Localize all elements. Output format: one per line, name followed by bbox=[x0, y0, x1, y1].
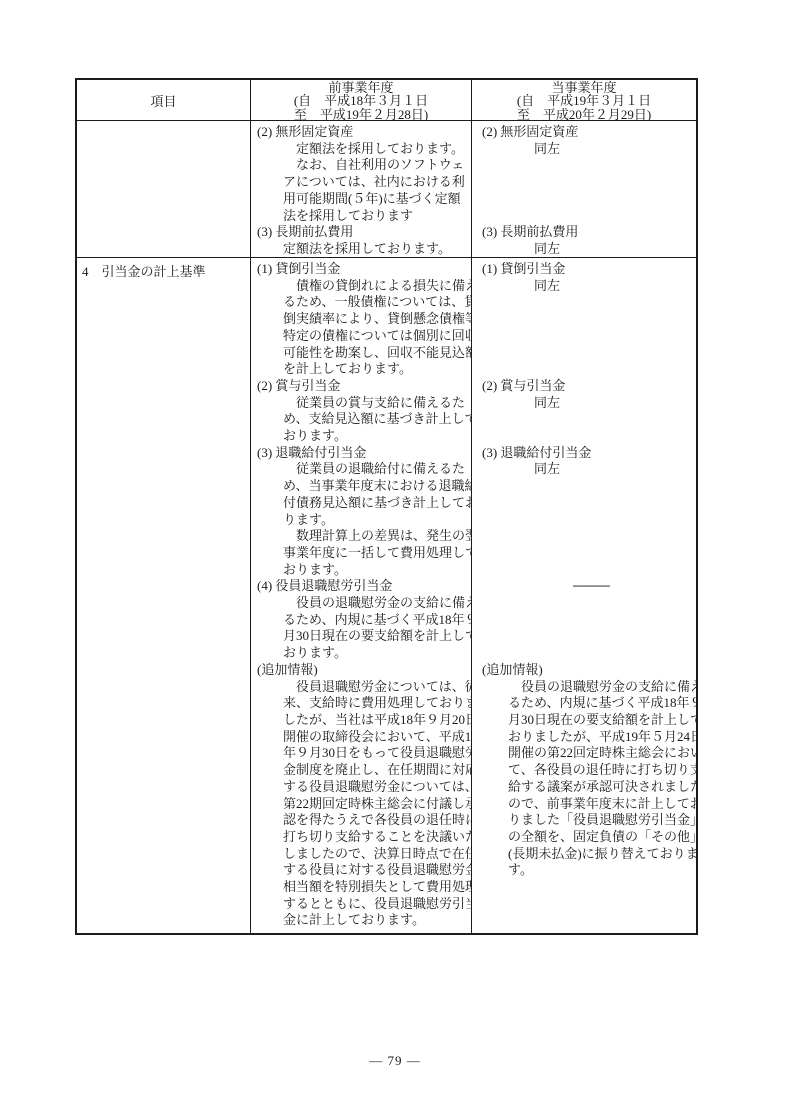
text-line: 従業員の賞与支給に備えるた bbox=[257, 395, 466, 412]
text-line: 月30日現在の要支給額を計上して bbox=[482, 712, 691, 729]
text-line: (2) 無形固定資産 bbox=[257, 124, 466, 141]
page-number: ― 79 ― bbox=[0, 1053, 790, 1069]
row2-item-label: 4 引当金の計上基準 bbox=[77, 261, 250, 281]
text-line: め、当事業年度末における退職給 bbox=[257, 478, 466, 495]
text-line: ります。 bbox=[257, 512, 466, 529]
row1-item-cell bbox=[77, 121, 251, 258]
text-line: 当事業年度 bbox=[472, 81, 696, 94]
text-line: 数理計算上の差異は、発生の翌 bbox=[257, 528, 466, 545]
text-line: 来、支給時に費用処理しておりま bbox=[257, 695, 466, 712]
text-line bbox=[482, 595, 691, 612]
text-line: (3) 長期前払費用 bbox=[257, 224, 466, 241]
text-line bbox=[482, 311, 691, 328]
text-line: ので、前事業年度末に計上してお bbox=[482, 796, 691, 813]
header-cell-current-fiscal-year: 当事業年度(自 平成19年３月１日至 平成20年２月29日) bbox=[472, 80, 696, 121]
text-line: する役員に対する役員退職慰労金 bbox=[257, 862, 466, 879]
text-line: (2) 賞与引当金 bbox=[257, 378, 466, 395]
text-line: 同左 bbox=[482, 395, 691, 412]
text-line: したが、当社は平成18年９月20日 bbox=[257, 712, 466, 729]
text-line: (3) 退職給付引当金 bbox=[257, 445, 466, 462]
text-line: め、支給見込額に基づき計上して bbox=[257, 411, 466, 428]
header-cell-item: 項目 bbox=[77, 80, 251, 121]
text-line: 前事業年度 bbox=[251, 81, 471, 94]
text-line: おります。 bbox=[257, 428, 466, 445]
text-line: 可能性を勘案し、回収不能見込額 bbox=[257, 345, 466, 362]
text-line: (2) 賞与引当金 bbox=[482, 378, 691, 395]
text-line: 同左 bbox=[482, 461, 691, 478]
text-line: るため、一般債権については、貸 bbox=[257, 294, 466, 311]
text-line: (自 平成19年３月１日 bbox=[472, 94, 696, 107]
text-line: アについては、社内における利 bbox=[257, 174, 466, 191]
text-line bbox=[482, 328, 691, 345]
text-line: おりましたが、平成19年５月24日 bbox=[482, 729, 691, 746]
text-line: るため、内規に基づく平成18年９ bbox=[482, 695, 691, 712]
text-line: (追加情報) bbox=[482, 662, 691, 679]
text-line bbox=[482, 628, 691, 645]
text-line bbox=[482, 208, 691, 225]
text-line: 役員の退職慰労金の支給に備え bbox=[257, 595, 466, 612]
text-line bbox=[482, 411, 691, 428]
text-line: ──── bbox=[482, 578, 691, 595]
text-line: (1) 貸倒引当金 bbox=[482, 261, 691, 278]
text-line: 至 平成19年２月28日) bbox=[251, 108, 471, 121]
header-cell-previous-fiscal-year: 前事業年度(自 平成18年３月１日至 平成19年２月28日) bbox=[251, 80, 472, 121]
text-line bbox=[482, 191, 691, 208]
text-line bbox=[482, 545, 691, 562]
document-page: 項目 前事業年度(自 平成18年３月１日至 平成19年２月28日) 当事業年度(… bbox=[0, 0, 790, 1118]
text-line bbox=[482, 562, 691, 579]
text-line: 定額法を採用しております。 bbox=[257, 241, 466, 258]
text-line: 従業員の退職給付に備えるた bbox=[257, 461, 466, 478]
text-line bbox=[482, 428, 691, 445]
text-line: 定額法を採用しております。 bbox=[257, 141, 466, 158]
text-line: (長期未払金)に振り替えておりま bbox=[482, 846, 691, 863]
text-line: 至 平成20年２月29日) bbox=[472, 108, 696, 121]
text-line: 金に計上しております。 bbox=[257, 912, 466, 929]
text-line: を計上しております。 bbox=[257, 361, 466, 378]
text-line: 役員退職慰労金については、従 bbox=[257, 679, 466, 696]
text-line: 相当額を特別損失として費用処理 bbox=[257, 879, 466, 896]
text-line bbox=[482, 495, 691, 512]
text-line: (3) 長期前払費用 bbox=[482, 224, 691, 241]
row1-previous-fy-cell: (2) 無形固定資産定額法を採用しております。なお、自社利用のソフトウェアについ… bbox=[251, 121, 472, 258]
accounting-policies-table: 項目 前事業年度(自 平成18年３月１日至 平成19年２月28日) 当事業年度(… bbox=[75, 78, 698, 935]
text-line: (追加情報) bbox=[257, 662, 466, 679]
text-line bbox=[482, 157, 691, 174]
text-line: (3) 退職給付引当金 bbox=[482, 445, 691, 462]
text-line: るため、内規に基づく平成18年９ bbox=[257, 612, 466, 629]
text-line: 同左 bbox=[482, 241, 691, 258]
item-column-header-label: 項目 bbox=[150, 91, 176, 110]
text-line bbox=[482, 361, 691, 378]
text-line: 第22期回定時株主総会に付議し承 bbox=[257, 796, 466, 813]
row1-current-fy-cell: (2) 無形固定資産同左 (3) 長期前払費用同左 bbox=[472, 121, 696, 258]
row2-previous-fy-cell: (1) 貸倒引当金債権の貸倒れによる損失に備えるため、一般債権については、貸倒実… bbox=[251, 258, 472, 933]
text-line: 法を採用しております bbox=[257, 208, 466, 225]
text-line bbox=[482, 528, 691, 545]
row2-item-cell: 4 引当金の計上基準 bbox=[77, 258, 251, 933]
text-line: りました「役員退職慰労引当金」 bbox=[482, 812, 691, 829]
text-line: す。 bbox=[482, 862, 691, 879]
text-line bbox=[482, 512, 691, 529]
text-line: 用可能期間(５年)に基づく定額 bbox=[257, 191, 466, 208]
text-line: 月30日現在の要支給額を計上して bbox=[257, 628, 466, 645]
text-line bbox=[482, 645, 691, 662]
text-line: 同左 bbox=[482, 278, 691, 295]
text-line: (4) 役員退職慰労引当金 bbox=[257, 578, 466, 595]
text-line bbox=[482, 174, 691, 191]
text-line: なお、自社利用のソフトウェ bbox=[257, 157, 466, 174]
text-line: 打ち切り支給することを決議いた bbox=[257, 829, 466, 846]
text-line: て、各役員の退任時に打ち切り支 bbox=[482, 762, 691, 779]
text-line: 年９月30日をもって役員退職慰労 bbox=[257, 745, 466, 762]
text-line: 債権の貸倒れによる損失に備え bbox=[257, 278, 466, 295]
text-line: 倒実績率により、貸倒懸念債権等 bbox=[257, 311, 466, 328]
text-line: 事業年度に一括して費用処理して bbox=[257, 545, 466, 562]
text-line bbox=[482, 478, 691, 495]
text-line: (1) 貸倒引当金 bbox=[257, 261, 466, 278]
text-line: 金制度を廃止し、在任期間に対応 bbox=[257, 762, 466, 779]
text-line: 開催の取締役会において、平成18 bbox=[257, 729, 466, 746]
text-line: 同左 bbox=[482, 141, 691, 158]
text-line: の全額を、固定負債の「その他」 bbox=[482, 829, 691, 846]
text-line: 認を得たうえで各役員の退任時に bbox=[257, 812, 466, 829]
text-line: (2) 無形固定資産 bbox=[482, 124, 691, 141]
text-line: おります。 bbox=[257, 645, 466, 662]
text-line: する役員退職慰労金については、 bbox=[257, 779, 466, 796]
text-line bbox=[482, 294, 691, 311]
text-line: しましたので、決算日時点で在任 bbox=[257, 846, 466, 863]
text-line: 役員の退職慰労金の支給に備え bbox=[482, 679, 691, 696]
text-line: (自 平成18年３月１日 bbox=[251, 94, 471, 107]
row2-current-fy-cell: (1) 貸倒引当金同左 (2) 賞与引当金同左 (3) 退職給付引当金同左 ──… bbox=[472, 258, 696, 933]
text-line: おります。 bbox=[257, 562, 466, 579]
text-line: 特定の債権については個別に回収 bbox=[257, 328, 466, 345]
text-line: 開催の第22回定時株主総会におい bbox=[482, 745, 691, 762]
text-line: 給する議案が承認可決されました bbox=[482, 779, 691, 796]
text-line: 付債務見込額に基づき計上してお bbox=[257, 495, 466, 512]
text-line bbox=[482, 612, 691, 629]
text-line bbox=[482, 345, 691, 362]
text-line: するとともに、役員退職慰労引当 bbox=[257, 896, 466, 913]
